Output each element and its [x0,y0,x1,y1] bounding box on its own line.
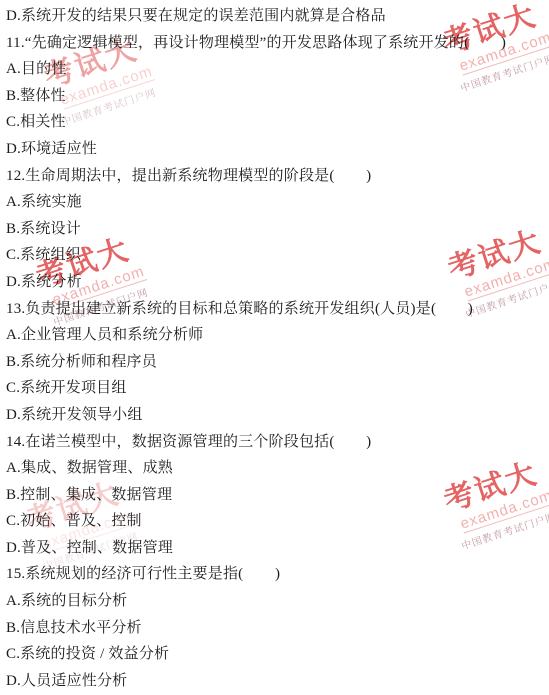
question-15-line: 15.系统规划的经济可行性主要是指( ) [6,561,549,588]
option-11-d: D.环境适应性 [6,136,549,163]
option-12-b: B.系统设计 [6,216,549,243]
question-12-line: 12.生命周期法中，提出新系统物理模型的阶段是( ) [6,163,549,190]
option-11-a: A.目的性 [6,56,549,83]
question-list: D.系统开发的结果只要在规定的误差范围内就算是合格品 11.“先确定逻辑模型，再… [6,3,549,694]
option-13-d: D.系统开发领导小组 [6,402,549,429]
question-13-line: 13.负责提出建立新系统的目标和总策略的系统开发组织(人员)是( ) [6,296,549,323]
option-12-c: C.系统组织 [6,242,549,269]
option-14-b: B.控制、集成、数据管理 [6,482,549,509]
option-10-d: D.系统开发的结果只要在规定的误差范围内就算是合格品 [6,3,549,30]
option-13-b: B.系统分析师和程序员 [6,349,549,376]
option-14-d: D.普及、控制、数据管理 [6,535,549,562]
option-14-a: A.集成、数据管理、成熟 [6,455,549,482]
option-15-b: B.信息技术水平分析 [6,615,549,642]
option-12-d: D.系统分析 [6,269,549,296]
option-13-c: C.系统开发项目组 [6,375,549,402]
option-15-d: D.人员适应性分析 [6,668,549,695]
option-12-a: A.系统实施 [6,189,549,216]
option-15-a: A.系统的目标分析 [6,588,549,615]
option-13-a: A.企业管理人员和系统分析师 [6,322,549,349]
exam-page: 考试大 examda.com 中国教育考试门户网 考试大 examda.com … [0,0,549,695]
option-14-c: C.初始、普及、控制 [6,508,549,535]
option-11-c: C.相关性 [6,109,549,136]
question-14-line: 14.在诺兰模型中，数据资源管理的三个阶段包括( ) [6,429,549,456]
option-11-b: B.整体性 [6,83,549,110]
option-15-c: C.系统的投资 / 效益分析 [6,641,549,668]
question-11-line: 11.“先确定逻辑模型，再设计物理模型”的开发思路体现了系统开发的( ) [6,30,549,57]
